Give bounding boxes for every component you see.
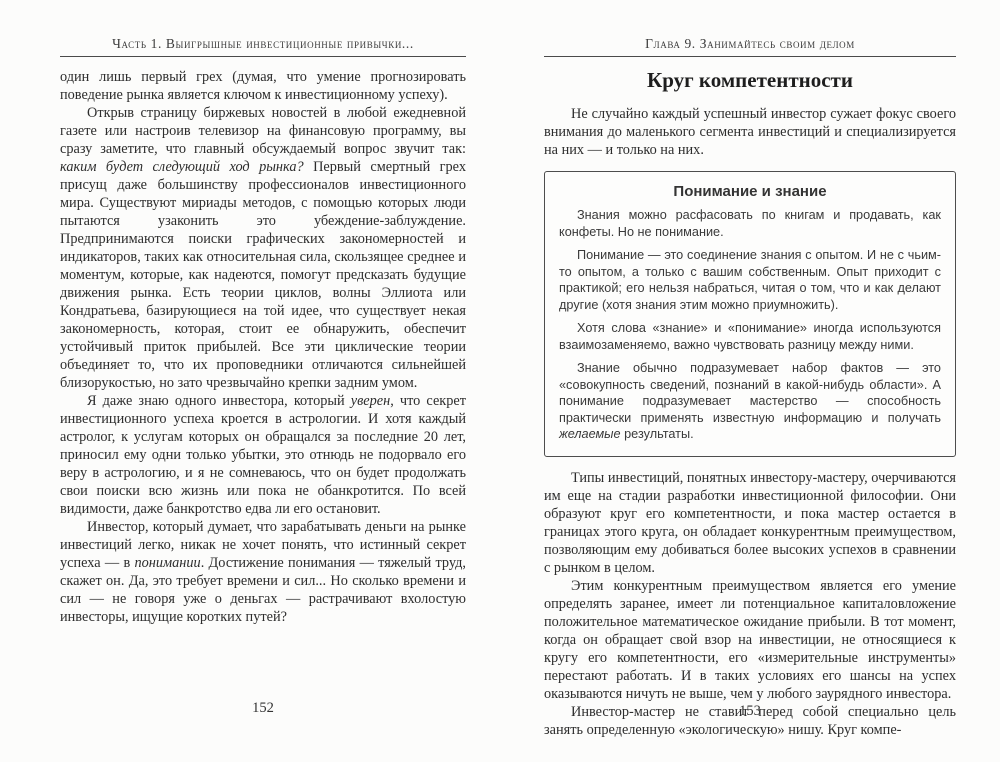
paragraph: Знания можно расфасовать по книгам и про… bbox=[559, 207, 941, 240]
paragraph: Типы инвестиций, понятных инвестору-маст… bbox=[544, 469, 956, 577]
text-run: , что секрет инвестиционного успеха крое… bbox=[60, 393, 466, 517]
paragraph: Я даже знаю одного инвестора, который ув… bbox=[60, 392, 466, 518]
left-page-body: один лишь первый грех (думая, что умение… bbox=[60, 68, 466, 626]
paragraph: Не случайно каждый успешный инвестор суж… bbox=[544, 105, 956, 159]
italic-text-run: понимании bbox=[135, 555, 201, 571]
text-run: Я даже знаю одного инвестора, который bbox=[87, 393, 351, 409]
chapter-title: Круг компетентности bbox=[544, 68, 956, 93]
paragraph: Этим конкурентным преимуществом является… bbox=[544, 577, 956, 703]
text-run: Первый смертный грех присущ даже большин… bbox=[60, 159, 466, 391]
left-header-rule bbox=[60, 56, 466, 57]
infobox-body: Знания можно расфасовать по книгам и про… bbox=[559, 207, 941, 443]
text-run: Знания можно расфасовать по книгам и про… bbox=[559, 208, 941, 239]
paragraph: Открыв страницу биржевых новостей в любо… bbox=[60, 104, 466, 392]
right-running-head: Глава 9. Занимайтесь своим делом bbox=[544, 36, 956, 56]
paragraph: один лишь первый грех (думая, что умение… bbox=[60, 68, 466, 104]
text-run: Понимание — это соединение знания с опыт… bbox=[559, 248, 941, 312]
italic-text-run: желаемые bbox=[559, 427, 621, 441]
right-page-body: Типы инвестиций, понятных инвестору-маст… bbox=[544, 469, 956, 739]
text-run: Хотя слова «знание» и «понимание» иногда… bbox=[559, 321, 941, 352]
text-run: Не случайно каждый успешный инвестор суж… bbox=[544, 106, 956, 158]
right-header-rule bbox=[544, 56, 956, 57]
understanding-knowledge-box: Понимание и знание Знания можно расфасов… bbox=[544, 171, 956, 457]
paragraph: Понимание — это соединение знания с опыт… bbox=[559, 247, 941, 313]
italic-text-run: каким будет следующий ход рынка? bbox=[60, 159, 304, 175]
text-run: Открыв страницу биржевых новостей в любо… bbox=[60, 105, 466, 157]
paragraph: Хотя слова «знание» и «понимание» иногда… bbox=[559, 320, 941, 353]
right-page: Глава 9. Занимайтесь своим делом Круг ко… bbox=[544, 36, 956, 739]
infobox-title: Понимание и знание bbox=[559, 183, 941, 200]
paragraph: Знание обычно подразумевает набор фактов… bbox=[559, 360, 941, 443]
text-run: Знание обычно подразумевает набор фактов… bbox=[559, 361, 941, 425]
right-page-intro: Не случайно каждый успешный инвестор суж… bbox=[544, 105, 956, 159]
text-run: Типы инвестиций, понятных инвестору-маст… bbox=[544, 470, 956, 576]
italic-text-run: уверен bbox=[351, 393, 390, 409]
right-page-number: 153 bbox=[544, 703, 956, 720]
text-run: результаты. bbox=[621, 427, 694, 441]
left-page-number: 152 bbox=[60, 700, 466, 717]
left-page: Часть 1. Выигрышные инвестиционные привы… bbox=[60, 36, 466, 626]
text-run: один лишь первый грех (думая, что умение… bbox=[60, 69, 466, 103]
text-run: Этим конкурентным преимуществом является… bbox=[544, 578, 956, 702]
paragraph: Инвестор, который думает, что зарабатыва… bbox=[60, 518, 466, 626]
left-running-head: Часть 1. Выигрышные инвестиционные привы… bbox=[60, 36, 466, 56]
